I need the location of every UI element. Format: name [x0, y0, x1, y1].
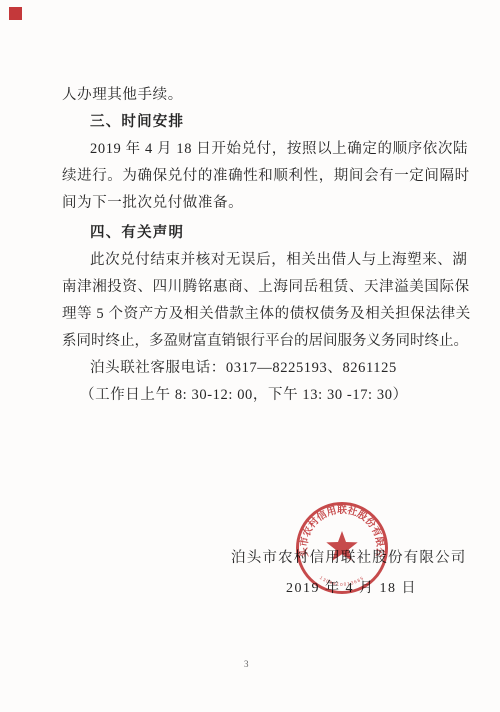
official-red-seal: 泊头市农村信用联社股份有限公司 1309810013685: [294, 500, 390, 596]
body-line: 此次兑付结束并核对无误后，相关出借人与上海塑来、湖: [90, 253, 468, 268]
body-line: 理等 5 个资产方及相关借款主体的债权债务及相关担保法律关: [62, 307, 471, 322]
star-icon: [326, 531, 357, 561]
service-phone-line: 泊头联社客服电话：0317—8225193、8261125: [90, 361, 397, 376]
body-line: 2019 年 4 月 18 日开始兑付，按照以上确定的顺序依次陆: [90, 142, 468, 157]
section-heading-time: 三、时间安排: [90, 115, 184, 130]
body-line: 人办理其他手续。: [62, 88, 183, 103]
page-number: 3: [244, 659, 249, 669]
body-line: 续进行。为确保兑付的准确性和顺利性，期间会有一定间隔时: [62, 169, 470, 184]
body-line: 系同时终止，多盈财富直销银行平台的居间服务义务同时终止。: [62, 334, 468, 349]
seal-code-text: 1309810013685: [319, 575, 365, 587]
working-hours-line: （工作日上午 8: 30-12: 00，下午 13: 30 -17: 30）: [80, 388, 408, 403]
body-line: 南津湘投资、四川腾铭惠商、上海同岳租赁、天津溢美国际保: [62, 280, 470, 295]
svg-text:1309810013685: 1309810013685: [319, 575, 365, 587]
scanned-document-page: 人办理其他手续。 三、时间安排 2019 年 4 月 18 日开始兑付，按照以上…: [0, 0, 500, 712]
body-line: 间为下一批次兑付做准备。: [62, 196, 243, 211]
section-heading-statement: 四、有关声明: [90, 226, 184, 241]
scan-corner-mark: [9, 7, 22, 20]
